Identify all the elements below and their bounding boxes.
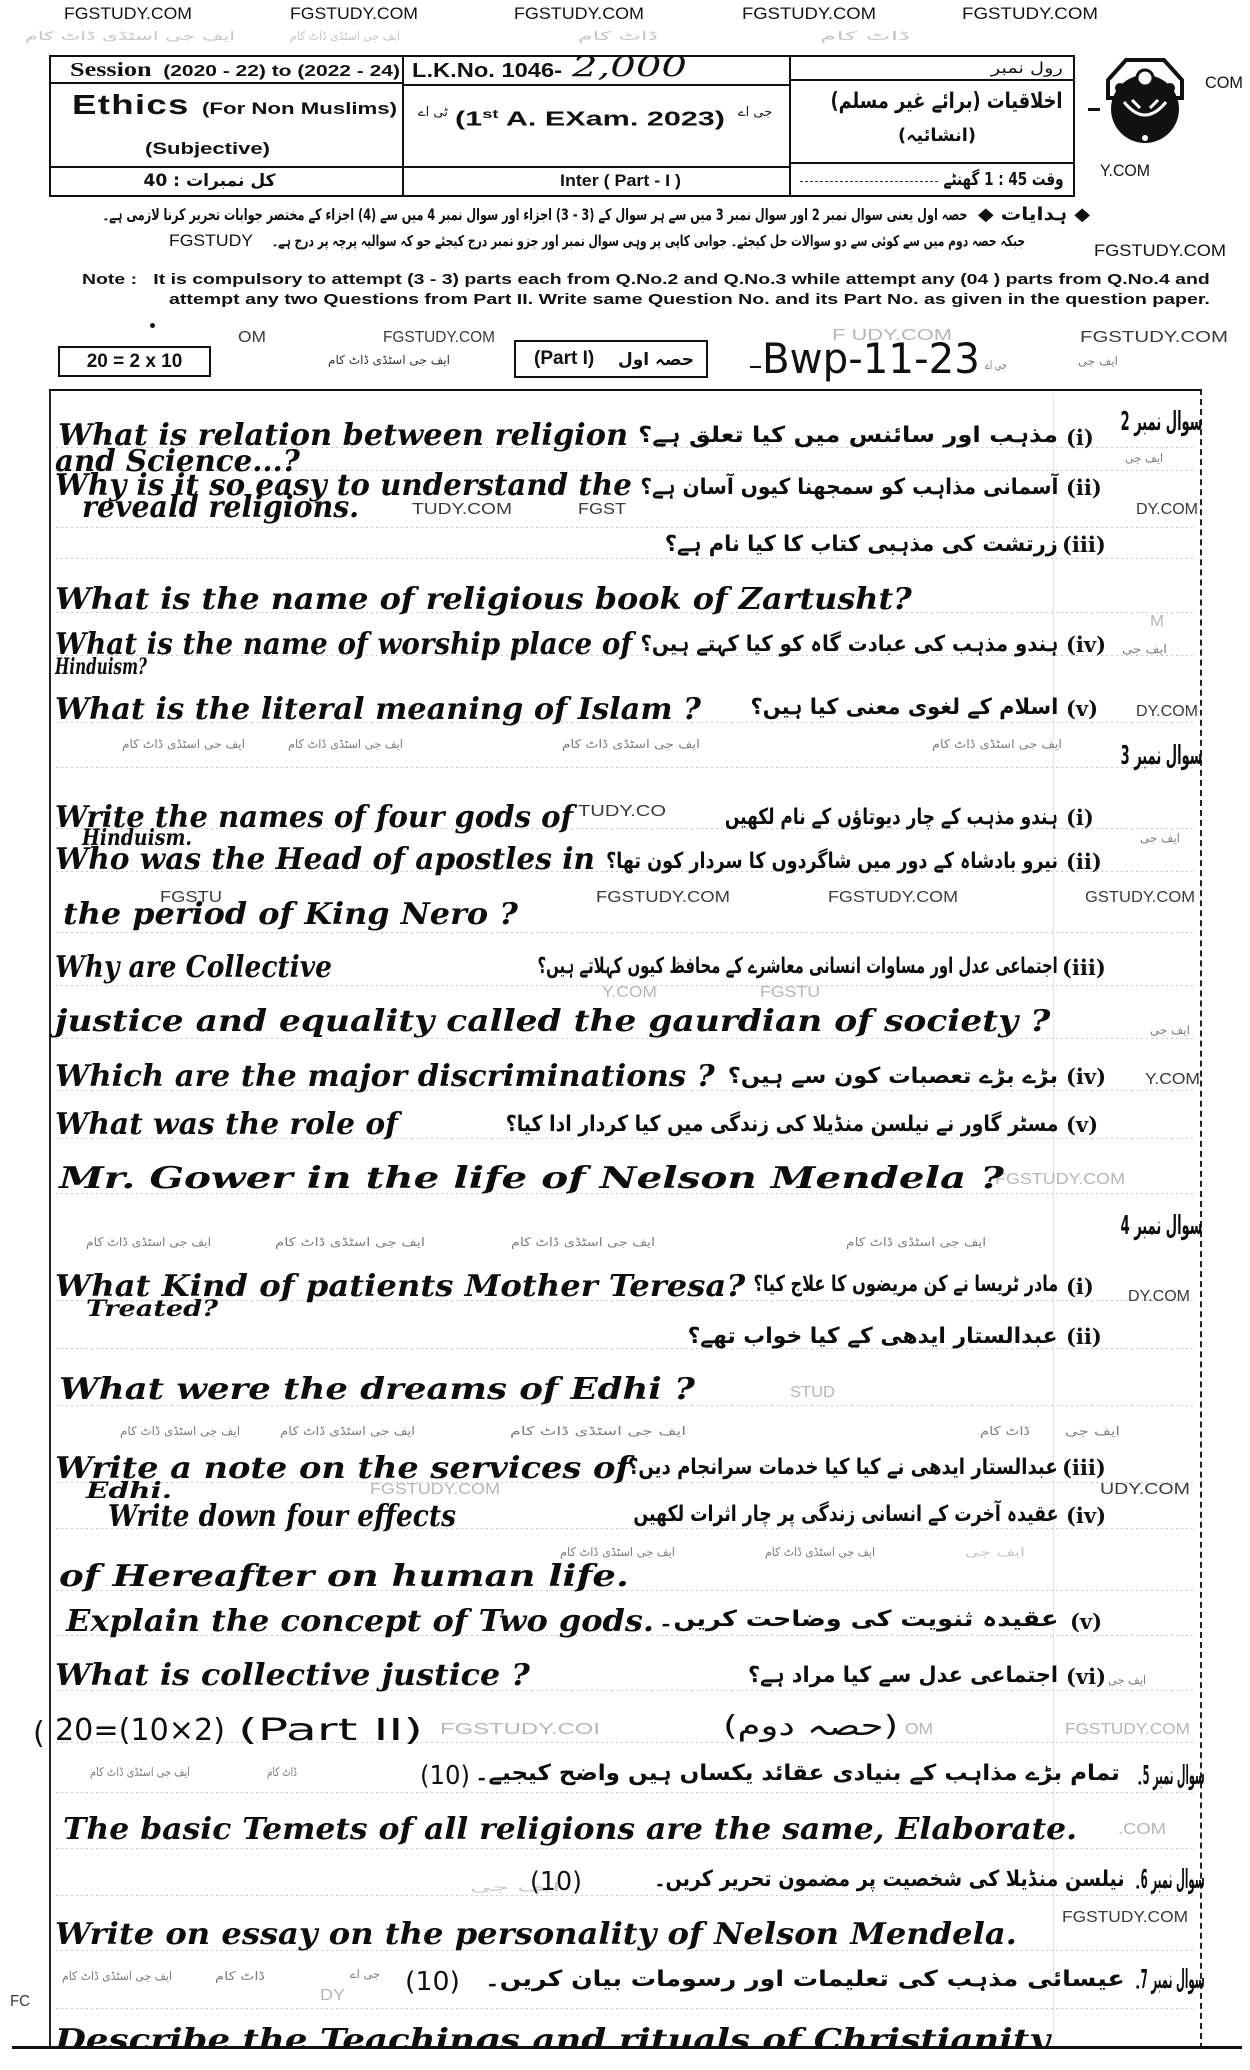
part-numeral: (vi)	[1066, 1662, 1106, 1692]
question-urdu: اجتماعی عدل سے کیا مراد ہے؟	[748, 1659, 1058, 1693]
watermark-urdu: ایف جی اسٹڈی ڈاٹ کام	[275, 1233, 425, 1251]
watermark-text: FGSTUDY.COM	[1065, 1721, 1190, 1739]
watermark-text: Y.COM	[1100, 162, 1150, 180]
watermark-text: DY	[320, 1987, 345, 2005]
part-numeral: (v)	[1070, 1607, 1102, 1637]
question-urdu: عقیدہ ثنویت کی وضاحت کریں۔	[658, 1603, 1058, 1637]
watermark-urdu: ڈاٹ کام	[578, 27, 658, 45]
watermark-text: FGSTUDY.COM	[1062, 1909, 1188, 1927]
ruled-line	[56, 932, 1196, 933]
paper-type-urdu: (انشائیہ)	[898, 122, 976, 150]
table-divider	[789, 79, 1075, 81]
watermark-text: FGSTU	[760, 984, 820, 1002]
question-english: What is the literal meaning of Islam ?	[55, 693, 701, 727]
roll-number-label: رول نمبر	[991, 57, 1063, 79]
watermark-text: FGSTUDY.COM	[1080, 329, 1228, 347]
watermark-urdu: ڈاٹ کام	[820, 27, 910, 45]
question-english: Mr. Gower in the life of Nelson Mendela …	[59, 1162, 1004, 1196]
part-numeral: (iv)	[1066, 630, 1106, 660]
note-text: It is compulsory to attempt (3 - 3) part…	[153, 271, 1209, 288]
question-english: What were the dreams of Edhi ?	[59, 1373, 695, 1407]
watermark-urdu: ایف جی	[1078, 352, 1118, 370]
ruled-line	[56, 767, 1196, 768]
watermark-text: M	[1150, 613, 1164, 631]
question-label: سوال نمبر 5۔	[1137, 1758, 1205, 1794]
watermark-text: OM	[238, 329, 266, 347]
exam-rest: A. EXam. 2023)	[499, 109, 726, 131]
watermark-text: DY.COM	[1136, 501, 1198, 519]
table-divider	[402, 55, 404, 197]
time-allowed: وقت 1 : 45 گھنٹے	[943, 167, 1063, 193]
question-english: Describe the Teachings and rituals of Ch…	[55, 2024, 1050, 2046]
note-line-2: attempt any two Questions from Part II. …	[169, 290, 1210, 310]
watermark-text: FGSTUDY.COM	[962, 5, 1098, 23]
table-divider	[402, 84, 790, 86]
exam-mark-urdu: ٹی اے	[418, 104, 448, 122]
watermark-urdu: ڈاٹ کام	[267, 1763, 297, 1781]
watermark-text: TUDY.CO	[578, 803, 666, 821]
question-label: سوال نمبر 7۔	[1135, 1962, 1205, 1998]
question-urdu: آسمانی مذاہب کو سمجھنا کیوں آسان ہے؟	[640, 471, 1058, 505]
question-marks: (10)	[530, 1865, 582, 1899]
question-urdu: نیرو بادشاہ کے دور میں شاگردوں کا سردار …	[606, 845, 1058, 879]
watermark-urdu: ڈاٹ کام	[980, 1422, 1030, 1440]
watermark-urdu: ایف جی اسٹڈی ڈاٹ کام	[932, 735, 1062, 753]
bottom-rule	[12, 2046, 1242, 2049]
watermark-text: FGST	[578, 501, 626, 519]
watermark-text: FGSTUDY	[169, 232, 253, 250]
watermark-text: FC	[10, 1993, 30, 2011]
paper-type: (Subjective)	[145, 137, 270, 161]
part1-marks-box: 20 = 2 x 10	[58, 346, 211, 377]
exam-title: (1st A. EXam. 2023)	[455, 100, 725, 134]
watermark-urdu: ایف جی اسٹڈی ڈاٹ کام	[122, 735, 245, 753]
part-numeral: (ii)	[1066, 847, 1102, 877]
watermark-urdu: ایف جی	[965, 1543, 1025, 1561]
question-english: Why are Collective	[55, 951, 332, 985]
exam-mark-urdu: جی اے	[738, 104, 772, 122]
question-english: What is the name of religious book of Za…	[55, 583, 912, 617]
watermark-text: UDY.COM	[1100, 1481, 1190, 1499]
subject-cell: Ethics (For Non Muslims)	[72, 89, 397, 125]
total-marks-value: 40	[143, 171, 167, 191]
watermark-text: FGSTUDY.COM	[1094, 242, 1226, 260]
session-cell: Session (2020 - 22) to (2022 - 24)	[70, 58, 400, 84]
part-numeral: (iv)	[1066, 1501, 1106, 1531]
part2-label-urdu: (حصہ دوم)	[723, 1709, 898, 1743]
watermark-urdu: ایف جی اسٹڈی ڈاٹ کام	[765, 1543, 875, 1561]
part-numeral: (i)	[1066, 803, 1094, 833]
question-english: of Hereafter on human life.	[59, 1560, 629, 1594]
question-urdu: ہندو مذہب کی عبادت گاہ کو کیا کہتے ہیں؟	[640, 628, 1058, 662]
part1-marks: 20 = 2 x 10	[87, 351, 183, 373]
watermark-text: FGSTUDY.COM	[596, 889, 730, 907]
watermark-urdu: جی اے	[985, 356, 1007, 374]
note-label: Note :	[82, 271, 137, 288]
table-divider	[402, 166, 790, 168]
instructions-urdu-line-2: جبکہ حصہ دوم میں سے کوئی سے دو سوالات حل…	[272, 229, 1025, 253]
part-numeral: (ii)	[1066, 473, 1102, 503]
watermark-urdu: ایف جی	[1065, 1422, 1120, 1440]
dashed-line	[800, 181, 938, 182]
watermark-text: Y.COM	[602, 984, 657, 1002]
ruled-line	[56, 2008, 1196, 2009]
part-numeral: (i)	[1066, 1272, 1094, 1302]
question-label: سوال نمبر 3	[1121, 738, 1203, 774]
level: Inter ( Part - I )	[560, 169, 681, 193]
question-urdu: تمام بڑے مذاہب کے بنیادی عقائد یکساں ہیں…	[475, 1757, 1120, 1791]
watermark-text: STUD	[790, 1384, 835, 1402]
watermark-text: OM	[905, 1721, 933, 1739]
question-urdu: بڑے بڑے تعصبات کون سے ہیں؟	[728, 1060, 1058, 1094]
watermark-urdu: ایف جی	[1122, 640, 1167, 658]
part-numeral: (v)	[1066, 1110, 1098, 1140]
question-english: Write on essay on the personality of Nel…	[55, 1918, 1017, 1952]
watermark-urdu: ایف جی	[1125, 449, 1163, 467]
part-numeral: (v)	[1066, 694, 1098, 724]
session-label: Session	[70, 59, 152, 81]
question-english: What was the role of	[55, 1108, 398, 1142]
watermark-urdu: ایف جی اسٹڈی ڈاٹ کام	[328, 351, 450, 369]
question-urdu: اجتماعی عدل اور مساوات انسانی معاشرے کے …	[538, 950, 1058, 984]
question-urdu: عبدالستار ایدھی نے کیا کیا خدمات سرانجام…	[628, 1451, 1058, 1485]
watermark-urdu: ایف جی اسٹڈی ڈاٹ کام	[511, 1233, 655, 1251]
exam-sup: st	[482, 107, 498, 121]
board-logo-icon	[1104, 56, 1186, 151]
watermark-text: GSTUDY.COM	[1085, 889, 1195, 907]
question-english: The basic Temets of all religions are th…	[63, 1813, 1077, 1847]
subject-urdu: اخلاقیات (برائے غیر مسلم)	[831, 86, 1063, 118]
question-urdu: اسلام کے لغوی معنی کیا ہیں؟	[750, 691, 1058, 725]
watermark-urdu: ایف جی اسٹڈی ڈاٹ کام	[288, 735, 403, 753]
question-english: What is collective justice ?	[55, 1659, 530, 1693]
question-label: سوال نمبر 6۔	[1135, 1862, 1205, 1898]
diamond-icon: ◆	[978, 204, 994, 225]
time-value: 1 : 45	[984, 169, 1027, 190]
watermark-urdu: ایف جی اسٹڈی ڈاٹ کام	[86, 1233, 211, 1251]
instructions-title-text: ہدایات	[1001, 204, 1067, 225]
part1-label-box: (Part I) حصہ اول	[514, 340, 708, 378]
question-urdu: عیسائی مذہب کی تعلیمات اور رسومات بیان ک…	[485, 1963, 1125, 1997]
question-label: سوال نمبر 2	[1121, 404, 1203, 440]
watermark-text: FGSTUDY.COM	[514, 5, 644, 23]
watermark-text: FGSTUDY.COM	[742, 5, 876, 23]
part-numeral: (iii)	[1062, 530, 1106, 560]
watermark-text: FGSTUDY.COM	[995, 1171, 1125, 1189]
watermark-urdu: ایف جی اسٹڈی ڈاٹ کام	[280, 1422, 415, 1440]
watermark-text: DY.COM	[1128, 1288, 1190, 1306]
watermark-urdu: جی اے	[350, 1965, 380, 1983]
question-english: the period of King Nero ?	[63, 898, 518, 932]
ruled-line	[56, 1848, 1196, 1849]
ruled-line	[56, 1742, 1196, 1743]
question-urdu: عقیدہ آخرت کے انسانی زندگی پر چار اثرات …	[633, 1498, 1058, 1532]
handwritten-stamp: Bwp-11-23	[762, 334, 980, 384]
watermark-urdu: ایف جی اسٹڈی ڈاٹ کام	[846, 1233, 986, 1251]
last-line-clip: Describe the Teachings and rituals of Ch…	[52, 2010, 1192, 2046]
diamond-icon: ◆	[1074, 204, 1090, 225]
question-urdu: مسٹر گاور نے نیلسن منڈیلا کی زندگی میں ک…	[505, 1108, 1058, 1142]
stamp-dash	[750, 366, 761, 368]
question-english: Which are the major discriminations ?	[55, 1060, 715, 1094]
watermark-urdu: ایف جی	[1108, 1671, 1146, 1689]
watermark-text: Y.COM	[1145, 1071, 1200, 1089]
watermark-text: .COM	[1118, 1821, 1166, 1839]
lk-number: L.K.No. 1046-	[412, 58, 562, 84]
question-urdu: ہندو مذہب کے چار دیوتاؤں کے نام لکھیں	[725, 801, 1058, 835]
watermark-text: FGSTUDY.COM	[383, 329, 495, 347]
margin-bracket: (	[33, 1716, 45, 1752]
watermark-urdu: ڈاٹ کام	[215, 1967, 265, 1985]
part1-label: (Part I)	[534, 348, 594, 370]
watermark-urdu: ایف جی	[1140, 829, 1180, 847]
question-english: Treated?	[86, 1296, 218, 1322]
exam-open: (1	[455, 109, 482, 131]
watermark-text: COM	[1205, 74, 1243, 92]
watermark-urdu: ایف جی اسٹڈی ڈاٹ کام	[562, 735, 700, 753]
instructions-urdu-line-1: حصہ اول یعنی سوال نمبر 2 اور سوال نمبر 3…	[103, 203, 968, 227]
table-divider	[789, 55, 791, 197]
watermark-urdu: ایف جی اسٹڈی ڈاٹ کام	[90, 1763, 190, 1781]
watermark-urdu: ایف جی اسٹڈی ڈاٹ کام	[62, 1967, 172, 1985]
question-english: Hinduism?	[55, 654, 147, 680]
question-urdu: مذہب اور سائنس میں کیا تعلق ہے؟	[638, 419, 1058, 453]
part2-marks: 20=(10×2)	[55, 1714, 225, 1748]
watermark-text: FGSTUDY.COI	[440, 1721, 600, 1739]
time-label: وقت	[1031, 169, 1063, 190]
note-line-1: Note : It is compulsory to attempt (3 - …	[82, 270, 1210, 290]
lk-number-handwritten: 2,000	[572, 50, 687, 84]
question-english: Who was the Head of apostles in	[55, 843, 595, 877]
watermark-urdu: ایف جی اسٹڈی ڈاٹ کام	[290, 27, 400, 45]
dot	[150, 323, 155, 328]
part-numeral: (i)	[1066, 423, 1094, 453]
part-numeral: (ii)	[1066, 1322, 1102, 1352]
watermark-text: FGSTUDY.COM	[828, 889, 958, 907]
board-logo-dash	[1088, 108, 1100, 111]
session-value: (2020 - 22) to (2022 - 24)	[163, 63, 400, 80]
question-urdu: مادر ٹریسا نے کن مریضوں کا علاج کیا؟	[753, 1268, 1058, 1302]
question-label: سوال نمبر 4	[1121, 1208, 1203, 1244]
question-english: Explain the concept of Two gods.	[66, 1605, 654, 1639]
question-english: reveald religions.	[82, 491, 359, 525]
table-divider	[789, 162, 1075, 164]
question-marks: (10)	[405, 1965, 460, 1999]
subject-note: (For Non Muslims)	[202, 99, 397, 118]
watermark-text: DY.COM	[1136, 703, 1198, 721]
exam-paper-page: FGSTUDY.COM FGSTUDY.COM FGSTUDY.COM FGST…	[0, 0, 1250, 2070]
watermark-urdu: ایف جی اسٹڈی ڈاٹ کام	[510, 1422, 686, 1440]
watermark-text: FGSTUDY.COM	[290, 5, 418, 23]
question-urdu: زرتشت کی مذہبی کتاب کا کیا نام ہے؟	[665, 528, 1058, 562]
ruled-line	[56, 1792, 1196, 1793]
watermark-urdu: ایف جی	[1150, 1021, 1190, 1039]
total-marks: کل نمبرات : 40	[143, 168, 275, 194]
question-english: justice and equality called the gaurdian…	[55, 1005, 1050, 1039]
watermark-urdu: ایف جی اسٹڈی ڈاٹ کام	[120, 1422, 240, 1440]
part-numeral: (iii)	[1062, 953, 1106, 983]
question-marks: (10)	[420, 1759, 470, 1793]
watermark-text: TUDY.COM	[412, 501, 512, 519]
part-numeral: (iii)	[1062, 1453, 1106, 1483]
watermark-urdu: ایف جی اسٹڈی ڈاٹ کام	[25, 27, 235, 45]
question-urdu: نیلسن منڈیلا کی شخصیت پر مضمون تحریر کری…	[655, 1863, 1125, 1897]
time-unit: گھنٹے	[943, 169, 979, 190]
part1-label-urdu: حصہ اول	[618, 349, 694, 370]
subject-title: Ethics	[72, 89, 190, 120]
watermark-text: FGSTUDY.COM	[64, 5, 192, 23]
instructions-title: ◆ ہدایات ◆	[978, 202, 1090, 228]
question-english: Write down four effects	[108, 1500, 456, 1534]
question-urdu: عبدالستار ایدھی کے کیا خواب تھے؟	[688, 1320, 1058, 1354]
part-numeral: (iv)	[1066, 1062, 1106, 1092]
total-marks-label: کل نمبرات :	[173, 171, 275, 191]
part2-label: (Part II)	[238, 1714, 423, 1748]
